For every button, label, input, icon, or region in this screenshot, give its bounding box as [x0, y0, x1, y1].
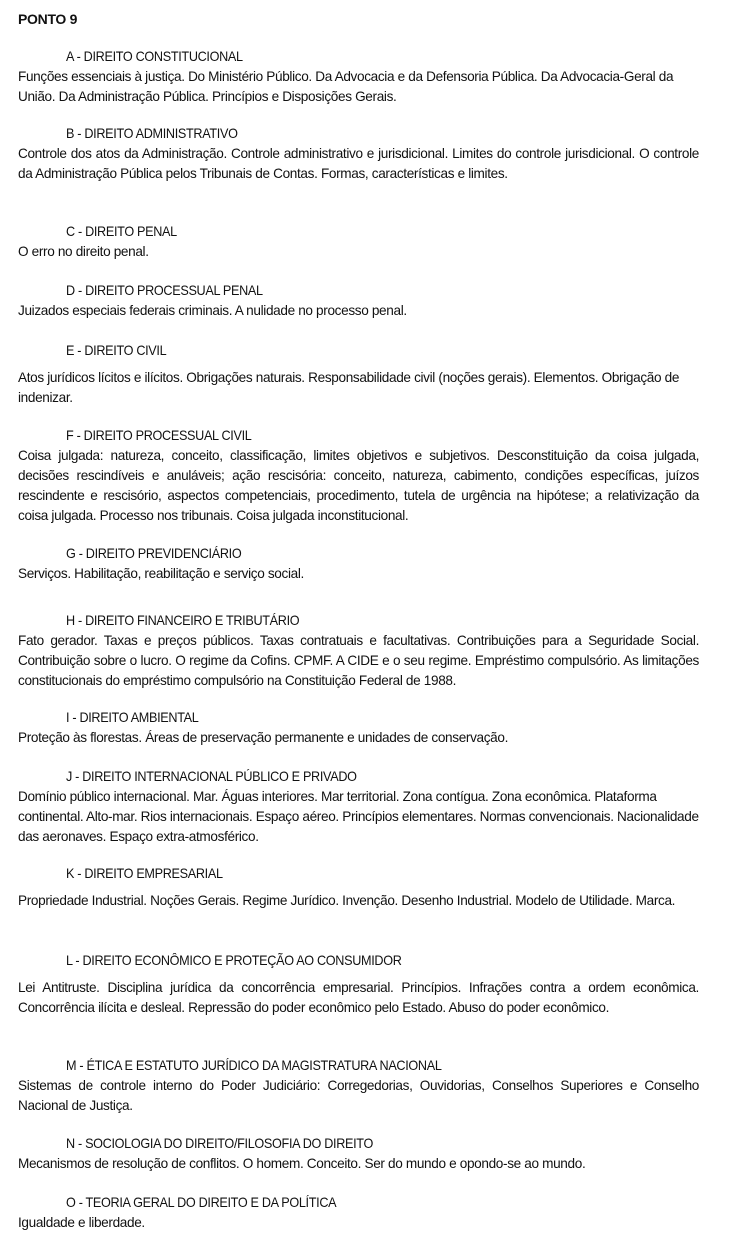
section-body: Lei Antitruste. Disciplina jurídica da c…	[18, 978, 699, 1018]
section-body: Funções essenciais à justiça. Do Ministé…	[18, 67, 699, 107]
section-heading: I - DIREITO AMBIENTAL	[66, 708, 655, 728]
section-n-sociologia-filosofia: N - SOCIOLOGIA DO DIREITO/FILOSOFIA DO D…	[18, 1134, 699, 1174]
section-body: Sistemas de controle interno do Poder Ju…	[18, 1076, 699, 1116]
section-l-direito-economico: L - DIREITO ECONÔMICO E PROTEÇÃO AO CONS…	[18, 951, 699, 1018]
section-g-direito-previdenciario: G - DIREITO PREVIDENCIÁRIO Serviços. Hab…	[18, 544, 699, 584]
section-heading: E - DIREITO CIVIL	[66, 341, 655, 361]
section-a-direito-constitucional: A - DIREITO CONSTITUCIONAL Funções essen…	[18, 47, 699, 107]
section-body: Mecanismos de resolução de conflitos. O …	[18, 1154, 699, 1174]
section-d-direito-processual-penal: D - DIREITO PROCESSUAL PENAL Juizados es…	[18, 281, 699, 321]
section-heading: L - DIREITO ECONÔMICO E PROTEÇÃO AO CONS…	[66, 951, 655, 971]
section-body: Domínio público internacional. Mar. Água…	[18, 787, 699, 847]
section-h-direito-financeiro-tributario: H - DIREITO FINANCEIRO E TRIBUTÁRIO Fato…	[18, 611, 699, 691]
section-o-teoria-geral: O - TEORIA GERAL DO DIREITO E DA POLÍTIC…	[18, 1193, 699, 1233]
section-body: Controle dos atos da Administração. Cont…	[18, 144, 699, 184]
section-heading: H - DIREITO FINANCEIRO E TRIBUTÁRIO	[66, 611, 655, 631]
section-body: Igualdade e liberdade.	[18, 1213, 699, 1233]
section-body: Propriedade Industrial. Noções Gerais. R…	[18, 891, 699, 911]
section-b-direito-administrativo: B - DIREITO ADMINISTRATIVO Controle dos …	[18, 124, 699, 184]
section-heading: D - DIREITO PROCESSUAL PENAL	[66, 281, 655, 301]
section-body: Juizados especiais federais criminais. A…	[18, 301, 699, 321]
section-body: Proteção às florestas. Áreas de preserva…	[18, 728, 699, 748]
section-body: Atos jurídicos lícitos e ilícitos. Obrig…	[18, 368, 699, 408]
section-i-direito-ambiental: I - DIREITO AMBIENTAL Proteção às flores…	[18, 708, 699, 748]
section-heading: N - SOCIOLOGIA DO DIREITO/FILOSOFIA DO D…	[66, 1134, 655, 1154]
section-heading: O - TEORIA GERAL DO DIREITO E DA POLÍTIC…	[66, 1193, 655, 1213]
section-heading: J - DIREITO INTERNACIONAL PÚBLICO E PRIV…	[66, 767, 655, 787]
section-f-direito-processual-civil: F - DIREITO PROCESSUAL CIVIL Coisa julga…	[18, 426, 699, 526]
section-body: Fato gerador. Taxas e preços públicos. T…	[18, 631, 699, 691]
section-j-direito-internacional: J - DIREITO INTERNACIONAL PÚBLICO E PRIV…	[18, 767, 699, 847]
section-c-direito-penal: C - DIREITO PENAL O erro no direito pena…	[18, 222, 699, 262]
section-heading: K - DIREITO EMPRESARIAL	[66, 864, 655, 884]
section-heading: F - DIREITO PROCESSUAL CIVIL	[66, 426, 655, 446]
section-e-direito-civil: E - DIREITO CIVIL Atos jurídicos lícitos…	[18, 341, 699, 408]
section-k-direito-empresarial: K - DIREITO EMPRESARIAL Propriedade Indu…	[18, 864, 699, 911]
section-body: O erro no direito penal.	[18, 242, 699, 262]
section-body: Coisa julgada: natureza, conceito, class…	[18, 446, 699, 526]
section-body: Serviços. Habilitação, reabilitação e se…	[18, 564, 699, 584]
section-m-etica-magistratura: M - ÉTICA E ESTATUTO JURÍDICO DA MAGISTR…	[18, 1056, 699, 1116]
section-heading: M - ÉTICA E ESTATUTO JURÍDICO DA MAGISTR…	[66, 1056, 655, 1076]
section-heading: B - DIREITO ADMINISTRATIVO	[66, 124, 655, 144]
document-page: PONTO 9 A - DIREITO CONSTITUCIONAL Funçõ…	[0, 0, 736, 1252]
section-heading: C - DIREITO PENAL	[66, 222, 655, 242]
document-title: PONTO 9	[18, 9, 77, 29]
section-heading: A - DIREITO CONSTITUCIONAL	[66, 47, 655, 67]
section-heading: G - DIREITO PREVIDENCIÁRIO	[66, 544, 655, 564]
